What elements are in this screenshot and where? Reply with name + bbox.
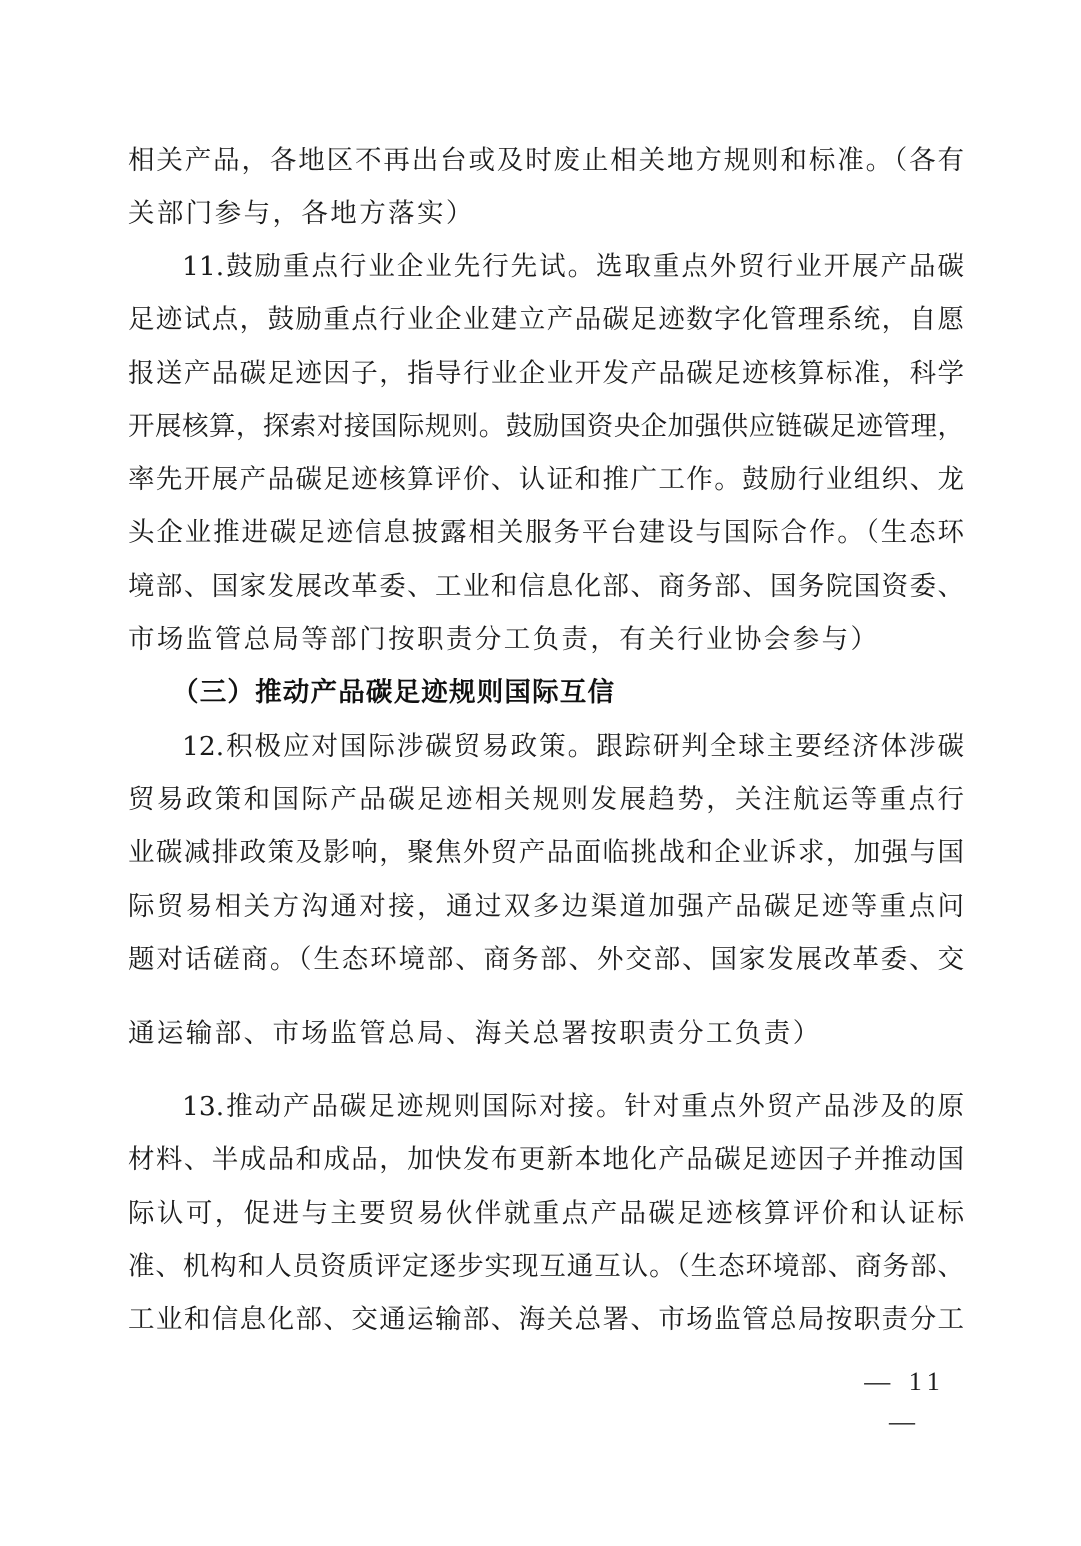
item-12-line: 12.积极应对国际涉碳贸易政策。跟踪研判全球主要经济体涉碳 — [182, 727, 964, 767]
item-12-line: 贸易政策和国际产品碳足迹相关规则发展趋势，关注航运等重点行 — [128, 780, 964, 820]
document-page: 相关产品，各地区不再出台或及时废止相关地方规则和标准。（各有 关部门参与，各地方… — [0, 0, 1081, 1546]
paragraph-line: 相关产品，各地区不再出台或及时废止相关地方规则和标准。（各有 — [128, 141, 964, 181]
item-11-line: 头企业推进碳足迹信息披露相关服务平台建设与国际合作。（生态环 — [128, 513, 964, 553]
page-number: — 11 — — [843, 1362, 967, 1402]
item-12-line: 业碳减排政策及影响，聚焦外贸产品面临挑战和企业诉求，加强与国 — [128, 833, 964, 873]
item-12-line: 通运输部、市场监管总局、海关总署按职责分工负责） — [128, 1014, 964, 1054]
item-11-line: 境部、国家发展改革委、工业和信息化部、商务部、国务院国资委、 — [128, 567, 964, 607]
item-11-line: 报送产品碳足迹因子，指导行业企业开发产品碳足迹核算标准，科学 — [128, 354, 964, 394]
item-13-line: 际认可，促进与主要贸易伙伴就重点产品碳足迹核算评价和认证标 — [128, 1194, 964, 1234]
item-13-line: 工业和信息化部、交通运输部、海关总署、市场监管总局按职责分工 — [128, 1300, 964, 1340]
item-11-line: 11.鼓励重点行业企业先行先试。选取重点外贸行业开展产品碳 — [182, 247, 964, 287]
item-12-line: 际贸易相关方沟通对接，通过双多边渠道加强产品碳足迹等重点问 — [128, 887, 964, 927]
section-heading: （三）推动产品碳足迹规则国际互信 — [172, 673, 615, 713]
item-11-line: 市场监管总局等部门按职责分工负责，有关行业协会参与） — [128, 620, 964, 660]
item-12-line: 题对话磋商。（生态环境部、商务部、外交部、国家发展改革委、交 — [128, 940, 964, 980]
item-11-line: 率先开展产品碳足迹核算评价、认证和推广工作。鼓励行业组织、龙 — [128, 460, 964, 500]
item-13-line: 材料、半成品和成品，加快发布更新本地化产品碳足迹因子并推动国 — [128, 1140, 964, 1180]
paragraph-line: 关部门参与，各地方落实） — [128, 194, 964, 234]
item-11-line: 开展核算，探索对接国际规则。鼓励国资央企加强供应链碳足迹管理， — [128, 407, 964, 447]
item-13-line: 13.推动产品碳足迹规则国际对接。针对重点外贸产品涉及的原 — [182, 1087, 964, 1127]
item-13-line: 准、机构和人员资质评定逐步实现互通互认。（生态环境部、商务部、 — [128, 1247, 964, 1287]
item-11-line: 足迹试点，鼓励重点行业企业建立产品碳足迹数字化管理系统，自愿 — [128, 300, 964, 340]
